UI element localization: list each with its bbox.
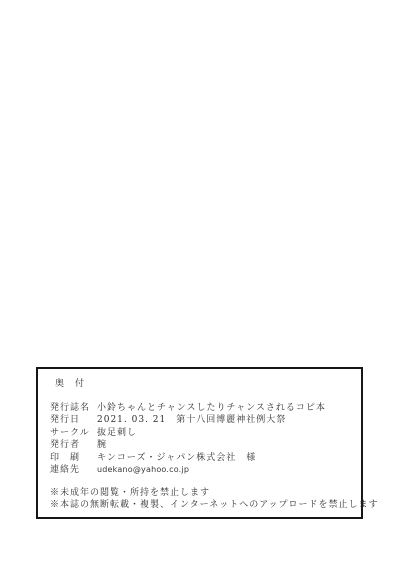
notice-no-reproduction: ※本誌の無断転載・複製、インターネットへのアップロードを禁止します xyxy=(50,499,351,512)
row-label: 発行者 xyxy=(50,439,97,452)
row-label: サークル xyxy=(50,427,97,440)
row-label: 発行誌名 xyxy=(50,402,97,415)
row-value: 小鈴ちゃんとチャンスしたりチャンスされるコピ本 xyxy=(97,402,351,415)
row-contact: 連絡先 udekano@yahoo.co.jp xyxy=(50,464,351,477)
row-publication-title: 発行誌名 小鈴ちゃんとチャンスしたりチャンスされるコピ本 xyxy=(50,402,351,415)
contact-email: udekano@yahoo.co.jp xyxy=(97,464,351,477)
colophon-page: 奥 付 発行誌名 小鈴ちゃんとチャンスしたりチャンスされるコピ本 発行日 202… xyxy=(0,0,400,565)
row-value: 抜足刺し xyxy=(97,427,351,440)
row-value: 腕 xyxy=(97,439,351,452)
colophon-rows: 発行誌名 小鈴ちゃんとチャンスしたりチャンスされるコピ本 発行日 2021. 0… xyxy=(50,402,351,477)
row-label: 発行日 xyxy=(50,414,97,427)
row-circle: サークル 抜足刺し xyxy=(50,427,351,440)
row-publication-date: 発行日 2021. 03. 21 第十八回博麗神社例大祭 xyxy=(50,414,351,427)
colophon-box: 奥 付 発行誌名 小鈴ちゃんとチャンスしたりチャンスされるコピ本 発行日 202… xyxy=(36,367,363,519)
notice-minors: ※未成年の閲覧・所持を禁止します xyxy=(50,487,351,500)
row-printer: 印 刷 キンコーズ・ジャパン株式会社 様 xyxy=(50,452,351,465)
row-label: 印 刷 xyxy=(50,452,97,465)
row-value: キンコーズ・ジャパン株式会社 様 xyxy=(97,452,351,465)
colophon-notices: ※未成年の閲覧・所持を禁止します ※本誌の無断転載・複製、インターネットへのアッ… xyxy=(50,487,351,512)
colophon-title: 奥 付 xyxy=(55,378,351,391)
row-value: 2021. 03. 21 第十八回博麗神社例大祭 xyxy=(97,414,351,427)
row-label: 連絡先 xyxy=(50,464,97,477)
row-publisher: 発行者 腕 xyxy=(50,439,351,452)
